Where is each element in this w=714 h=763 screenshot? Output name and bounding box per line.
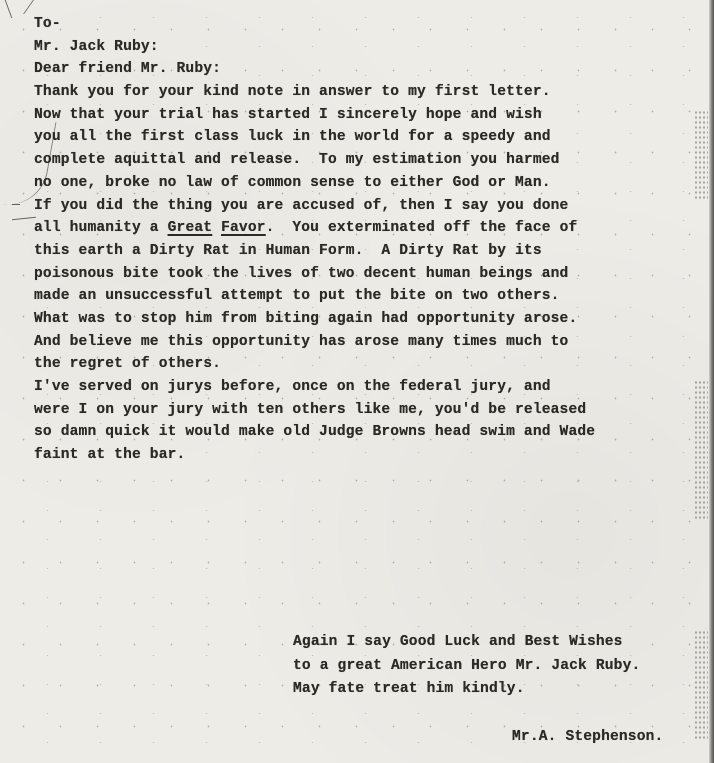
right-edge-speckle	[694, 630, 708, 740]
body-line: Now that your trial has started I sincer…	[34, 104, 595, 127]
pen-mark-dash	[12, 217, 36, 221]
body-line: you all the first class luck in the worl…	[34, 126, 595, 149]
body-line: were I on your jury with ten others like…	[34, 399, 595, 422]
right-edge-speckle	[694, 110, 708, 200]
body-line: I've served on jurys before, once on the…	[34, 376, 595, 399]
greeting-line: Dear friend Mr. Ruby:	[34, 58, 595, 81]
body-line: faint at the bar.	[34, 444, 595, 467]
underlined-favor: Favor	[221, 220, 266, 236]
closing-line: Again I say Good Luck and Best Wishes	[293, 631, 640, 655]
recipient-line: Mr. Jack Ruby:	[34, 36, 595, 59]
body-line-emphasis: all humanity a Great Favor. You extermin…	[34, 217, 595, 240]
body-line: If you did the thing you are accused of,…	[34, 195, 595, 218]
body-line: complete aquittal and release. To my est…	[34, 149, 595, 172]
body-line: this earth a Dirty Rat in Human Form. A …	[34, 240, 595, 263]
body-line: Thank you for your kind note in answer t…	[34, 81, 595, 104]
closing-line: to a great American Hero Mr. Jack Ruby.	[293, 655, 640, 679]
body-line: poisonous bite took the lives of two dec…	[34, 263, 595, 286]
body-line: And believe me this opportunity has aros…	[34, 331, 595, 354]
address-to: To-	[34, 13, 595, 36]
closing-block: Again I say Good Luck and Best Wishes to…	[293, 631, 640, 702]
letter-page: To- Mr. Jack Ruby: Dear friend Mr. Ruby:…	[0, 0, 714, 763]
pen-mark-dash-small	[12, 204, 20, 205]
body-line: no one, broke no law of common sense to …	[34, 172, 595, 195]
text-segment: all humanity a	[34, 220, 168, 236]
pen-mark-top-slash	[23, 0, 36, 14]
pen-mark-top-left	[5, 0, 21, 18]
body-line: the regret of others.	[34, 353, 595, 376]
letter-body: To- Mr. Jack Ruby: Dear friend Mr. Ruby:…	[34, 13, 595, 467]
body-line: What was to stop him from biting again h…	[34, 308, 595, 331]
closing-line: May fate treat him kindly.	[293, 678, 640, 702]
body-line: so damn quick it would make old Judge Br…	[34, 421, 595, 444]
page-right-edge-shadow	[709, 0, 714, 763]
body-line: made an unsuccessful attempt to put the …	[34, 285, 595, 308]
underlined-great: Great	[168, 220, 213, 236]
right-edge-speckle	[694, 380, 708, 520]
signature: Mr.A. Stephenson.	[512, 729, 663, 745]
text-segment	[212, 220, 221, 236]
text-segment: . You exterminated off the face of	[266, 220, 578, 236]
